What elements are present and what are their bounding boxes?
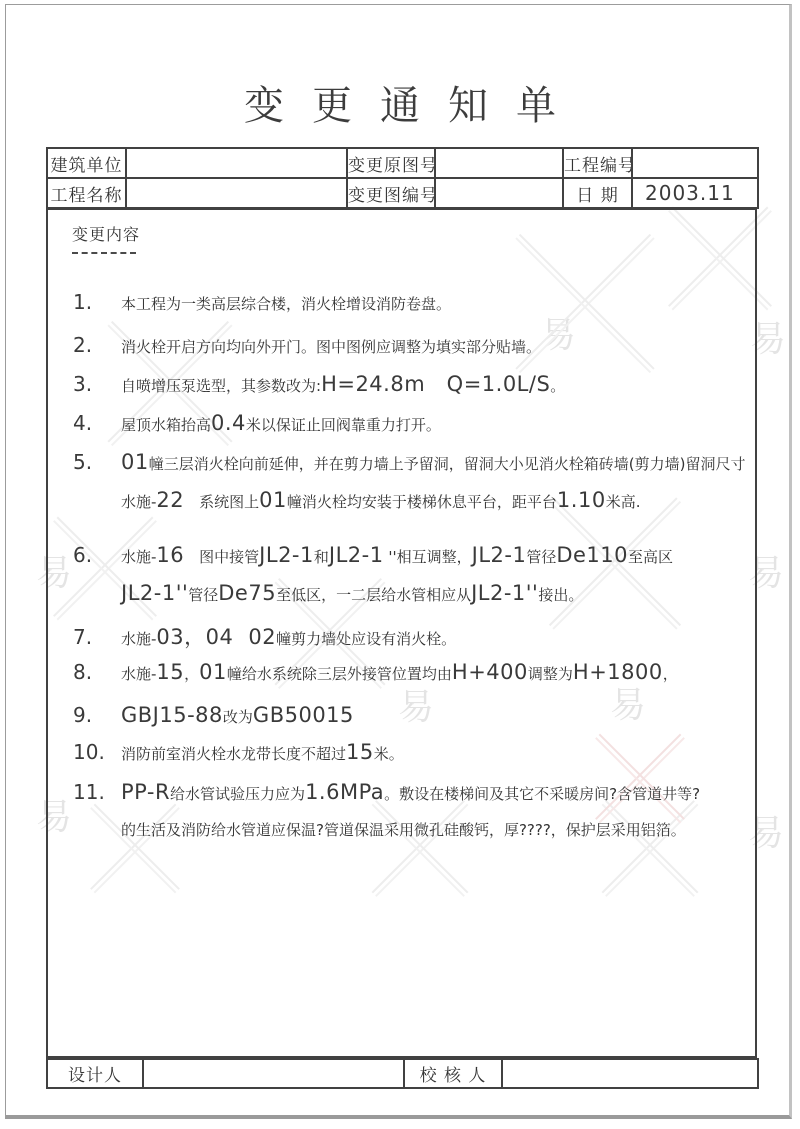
item-text: 自喷增压泵选型，其参数改为:: [121, 377, 321, 395]
item-text: 和: [314, 548, 329, 566]
item-text: 米以保证止回阀靠重力打开。: [246, 416, 441, 434]
item-text-cad: 1.10: [557, 488, 606, 512]
item-text-cad: De75: [218, 581, 276, 605]
item-number: 7.: [73, 619, 121, 655]
item-text: 水施-: [121, 630, 156, 648]
item-text: 调整为: [528, 665, 573, 683]
section-label-dashed-underline: [72, 252, 136, 254]
item-text: ，: [663, 665, 678, 683]
item-text-cad: H+400: [452, 660, 528, 684]
item-number: 5.: [73, 444, 121, 480]
item-text: 本工程为一类高层综合楼，消火栓增设消防卷盘。: [121, 295, 451, 313]
item-text: 幢给水系统除三层外接管位置均由: [227, 665, 452, 683]
item-text: 米。: [374, 745, 404, 763]
change-item-9: 9.GBJ15-88改为GB50015: [73, 697, 749, 735]
item-number: 1.: [73, 284, 121, 320]
change-item-1: 1.本工程为一类高层综合楼，消火栓增设消防卷盘。: [73, 284, 749, 322]
header-row-2: 工程名称 变更图编号 日 期 2003.11: [47, 178, 758, 208]
item-text: [233, 630, 248, 648]
change-item-4: 4.屋顶水箱抬高0.4米以保证止回阀靠重力打开。: [73, 405, 749, 443]
header-row-1: 建筑单位 变更原图号 工程编号: [47, 148, 758, 178]
item-text-cad: 16: [156, 543, 184, 567]
item-text: 水施-: [121, 548, 156, 566]
item-number: 2.: [73, 327, 121, 363]
item-text-cad: 0.4: [211, 411, 246, 435]
item-text-cad: JL2-1'': [471, 581, 538, 605]
project-no-value: [632, 148, 758, 178]
change-content-box: 变更内容 1.本工程为一类高层综合楼，消火栓增设消防卷盘。2.消火栓开启方向均向…: [46, 208, 757, 1058]
item-text: 。敷设在楼梯间及其它不采暖房间?含管道井等?: [384, 785, 700, 803]
item-text: ，: [184, 665, 199, 683]
item-text: 管径: [188, 586, 218, 604]
item-text-cad: JL2-1: [329, 543, 384, 567]
change-item-5: 5.01幢三层消火栓向前延伸，并在剪力墙上予留洞，留洞大小见消火栓箱砖墙(剪力墙…: [73, 444, 749, 520]
item-number: 4.: [73, 405, 121, 441]
item-text: 接出。: [538, 586, 583, 604]
change-item-3: 3.自喷增压泵选型，其参数改为:H=24.8m Q=1.0L/S。: [73, 366, 749, 404]
item-text: 至低区，一二层给水管相应从: [276, 586, 471, 604]
item-number: 9.: [73, 697, 121, 733]
change-drawing-no-value: [435, 178, 563, 208]
item-text: 至高区: [628, 548, 673, 566]
change-item-2: 2.消火栓开启方向均向外开门。图中图例应调整为填实部分贴墙。: [73, 327, 749, 365]
item-text: 幢剪力墙处应设有消火栓。: [276, 630, 456, 648]
item-text-cad: 15: [346, 740, 374, 764]
item-text-cad: GBJ15-88: [121, 703, 223, 727]
designer-signature-value: [143, 1059, 404, 1088]
item-text-cad: H+1800: [573, 660, 663, 684]
item-text-cad: 02: [248, 625, 276, 649]
change-item-11: 11.PP-R给水管试验压力应为1.6MPa。敷设在楼梯间及其它不采暖房间?含管…: [73, 774, 749, 848]
header-info-table: 建筑单位 变更原图号 工程编号 工程名称 变更图编号 日 期 2003.11: [46, 147, 759, 209]
change-drawing-no-label: 变更图编号: [347, 178, 435, 208]
item-text-cad: H=24.8m Q=1.0L/S: [321, 372, 550, 396]
item-text: 的生活及消防给水管道应保温?管道保温采用微孔硅酸钙，厚????，保护层采用铝箔。: [121, 821, 686, 839]
item-text: 系统图上: [184, 493, 259, 511]
project-name-value: [126, 178, 347, 208]
project-no-label: 工程编号: [563, 148, 632, 178]
change-content-section-label: 变更内容: [72, 222, 140, 245]
item-number: 3.: [73, 366, 121, 402]
item-text: 屋顶水箱抬高: [121, 416, 211, 434]
item-text: 水施-: [121, 665, 156, 683]
item-text: ''相互调整，: [384, 548, 472, 566]
checker-signature-value: [502, 1059, 758, 1088]
item-text-cad: 01: [259, 488, 287, 512]
item-number: 6.: [73, 537, 121, 573]
original-drawing-no-value: [435, 148, 563, 178]
item-text: 米高.: [606, 493, 641, 511]
change-notice-page: 易易易易易易易易 变更通知单 建筑单位 变更原图号 工程编号 工程名称 变更图编…: [0, 0, 800, 1129]
item-text: 消防前室消火栓水龙带长度不超过: [121, 745, 346, 763]
change-item-6: 6.水施-16 图中接管JL2-1和JL2-1 ''相互调整，JL2-1管径De…: [73, 537, 749, 613]
item-text: 改为: [223, 708, 253, 726]
date-value: 2003.11: [632, 178, 758, 208]
checker-label: 校 核 人: [404, 1059, 502, 1088]
item-number: 11.: [73, 774, 121, 810]
item-text: 消火栓开启方向均向外开门。图中图例应调整为填实部分贴墙。: [121, 338, 541, 356]
building-unit-value: [126, 148, 347, 178]
item-text-cad: PP-R: [121, 780, 170, 804]
change-item-7: 7.水施-03，04 02幢剪力墙处应设有消火栓。: [73, 619, 749, 657]
item-text-cad: 01: [121, 450, 149, 474]
building-unit-label: 建筑单位: [47, 148, 126, 178]
item-text-cad: 03，04: [156, 625, 233, 649]
item-text-cad: GB50015: [253, 703, 354, 727]
date-label: 日 期: [563, 178, 632, 208]
change-item-8: 8.水施-15，01幢给水系统除三层外接管位置均由H+400调整为H+1800，: [73, 654, 749, 692]
item-text: 管径: [526, 548, 556, 566]
item-text-cad: 15: [156, 660, 184, 684]
signature-row: 设计人 校 核 人: [47, 1059, 758, 1088]
item-text-cad: JL2-1'': [121, 581, 188, 605]
item-text: 水施-: [121, 493, 156, 511]
item-text: 。: [550, 377, 565, 395]
item-number: 8.: [73, 654, 121, 690]
document-title: 变更通知单: [0, 74, 800, 131]
item-number: 10.: [73, 734, 121, 770]
item-text: 幢三层消火栓向前延伸，并在剪力墙上予留洞，留洞大小见消火栓箱砖墙(剪力墙)留洞尺…: [149, 455, 746, 473]
item-text-cad: De110: [556, 543, 628, 567]
designer-label: 设计人: [47, 1059, 143, 1088]
item-text-cad: 1.6MPa: [305, 780, 384, 804]
item-text: 幢消火栓均安装于楼梯休息平台，距平台: [287, 493, 557, 511]
change-item-10: 10.消防前室消火栓水龙带长度不超过15米。: [73, 734, 749, 772]
item-text-cad: 01: [199, 660, 227, 684]
original-drawing-no-label: 变更原图号: [347, 148, 435, 178]
item-text-cad: JL2-1: [472, 543, 527, 567]
signature-table: 设计人 校 核 人: [46, 1058, 759, 1089]
project-name-label: 工程名称: [47, 178, 126, 208]
item-text-cad: JL2-1: [259, 543, 314, 567]
item-text: 给水管试验压力应为: [170, 785, 305, 803]
item-text: 图中接管: [184, 548, 259, 566]
item-text-cad: 22: [156, 488, 184, 512]
